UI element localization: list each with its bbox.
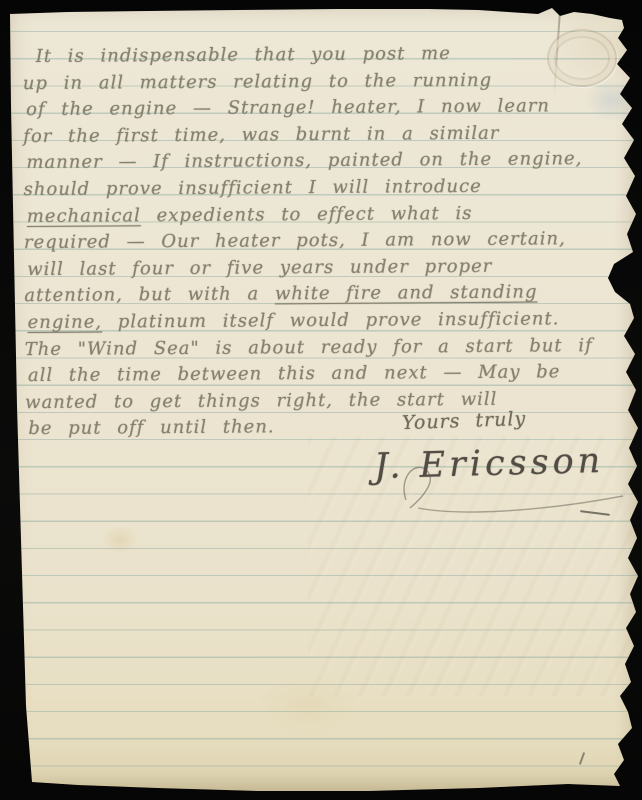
phrase: attention, but with a — [24, 284, 275, 307]
phrase: should prove insufficient I will introdu… — [24, 176, 482, 200]
torn-edge-fiber — [632, 698, 640, 710]
letter-line: wanted to get things right, the start wi… — [25, 386, 621, 417]
underlined-phrase: white fire and standing — [275, 282, 538, 305]
letter-line: The "Wind Sea" is about ready for a star… — [25, 332, 621, 363]
phrase: platinum itself would prove insufficient… — [102, 308, 560, 332]
letter-body: It is indispensable that you post meup i… — [23, 40, 622, 443]
phrase: up in all matters relating to the runnin… — [23, 69, 492, 93]
underlined-phrase: engine, — [27, 311, 102, 333]
letter-line: should prove insufficient I will introdu… — [24, 173, 620, 204]
phrase: manner — If instructions, painted on the… — [26, 149, 582, 174]
letter-line: It is indispensable that you post me — [26, 40, 622, 71]
letter-line: of the engine — Strange! heater, I now l… — [26, 93, 622, 124]
letter-line: engine, platinum itself would prove insu… — [27, 306, 623, 337]
phrase: all the time between this and next — May… — [28, 361, 561, 386]
phrase: It is indispensable that you post me — [36, 43, 451, 67]
letter-line: be put off until then. — [28, 412, 624, 443]
letter-line: required — Our heater pots, I am now cer… — [24, 226, 620, 257]
phrase: The "Wind Sea" is about ready for a star… — [25, 335, 593, 360]
phrase: for the first time, was burnt in a simil… — [23, 123, 499, 147]
letter-line: manner — If instructions, painted on the… — [26, 146, 622, 177]
letter-line: all the time between this and next — May… — [28, 359, 624, 390]
letter-line: will last four or five years under prope… — [27, 253, 623, 284]
phrase: of the engine — Strange! heater, I now l… — [26, 96, 550, 121]
letter-line: attention, but with a white fire and sta… — [24, 279, 620, 310]
letter-page: It is indispensable that you post meup i… — [8, 6, 640, 794]
letter-line: up in all matters relating to the runnin… — [23, 67, 619, 98]
phrase: will last four or five years under prope… — [27, 256, 492, 280]
phrase: be put off until then. — [28, 417, 274, 440]
letter-line: for the first time, was burnt in a simil… — [23, 120, 619, 151]
phrase: wanted to get things right, the start wi… — [25, 388, 497, 412]
underlined-phrase: mechanical — [27, 205, 141, 227]
scan-background: It is indispensable that you post meup i… — [0, 0, 642, 800]
letter-line: mechanical expedients to effect what is — [27, 199, 623, 230]
phrase: expedients to effect what is — [141, 203, 473, 226]
closing-valediction: Yours truly — [402, 408, 527, 434]
signature: J. Ericsson — [374, 441, 605, 487]
phrase: required — Our heater pots, I am now cer… — [24, 228, 566, 253]
